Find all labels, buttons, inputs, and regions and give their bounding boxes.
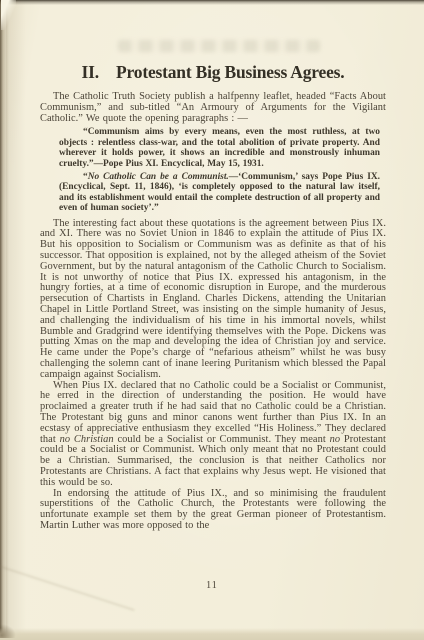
text-run: In endorsing the attitude of Pius IX., a… [40, 488, 386, 531]
text-run: The Catholic Truth Society publish a hal… [40, 91, 386, 124]
block-quote-paragraph: “No Catholic Can be a Communist.—‘Commun… [59, 172, 380, 214]
block-quote-paragraph: “Communism aims by every means, even the… [59, 127, 380, 169]
page-corner-curl [1, 0, 16, 30]
show-through-ghost [118, 40, 320, 52]
text-run: could be a Socialist or Communist. They … [114, 434, 330, 445]
page-top-edge [0, 0, 424, 5]
page-left-edge [0, 0, 9, 640]
spine-shadow [6, 0, 26, 640]
text-run: The interesting fact about these quotati… [40, 218, 386, 380]
italic-text-run: no Christian [60, 434, 114, 445]
body-paragraph: The Catholic Truth Society publish a hal… [40, 92, 386, 124]
italic-text-run: no [330, 434, 341, 445]
scanned-book-page: II. Protestant Big Business Agrees. The … [0, 0, 424, 640]
chapter-heading: II. Protestant Big Business Agrees. [40, 62, 386, 83]
body-paragraph: The interesting fact about these quotati… [40, 219, 386, 381]
paragraphs-container: The Catholic Truth Society publish a hal… [40, 92, 386, 532]
page-corner-spot [0, 624, 16, 638]
body-paragraph: In endorsing the attitude of Pius IX., a… [40, 489, 386, 532]
page-bottom-edge [0, 628, 424, 640]
body-paragraph: When Pius IX. declared that no Catholic … [40, 381, 386, 489]
italic-text-run: No Catholic Can be a Communist. [88, 172, 229, 182]
text-block: II. Protestant Big Business Agrees. The … [40, 60, 386, 532]
text-run: “Communism aims by every means, even the… [59, 127, 380, 168]
